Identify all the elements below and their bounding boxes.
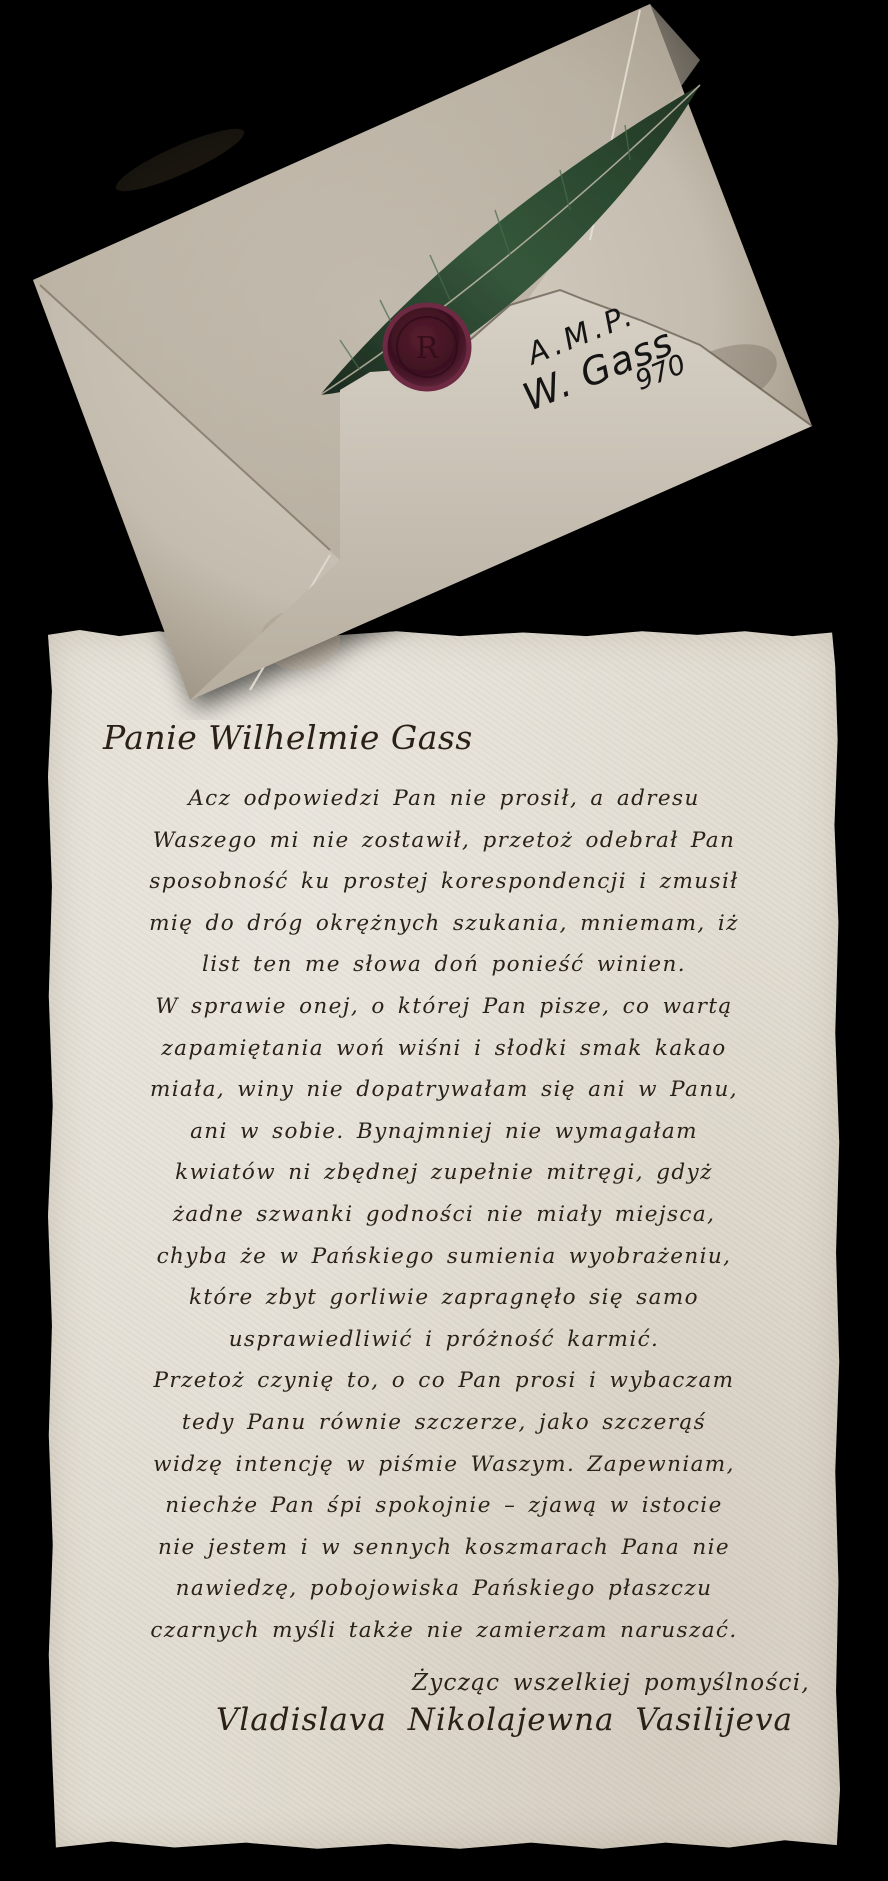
letter-line: Waszego mi nie zostawił, przetoż odebrał… [78,820,810,862]
letter-closing: Życząc wszelkiej pomyślności, [412,1670,810,1696]
envelope-illustration: R [0,0,888,720]
letter-line: mię do dróg okrężnych szukania, mniemam,… [78,903,810,945]
letter-line: nie jestem i w sennych koszmarach Pana n… [78,1527,810,1569]
letter-line: czarnych myśli także nie zamierzam narus… [78,1610,810,1652]
letter-signature: Vladislava Nikolajewna Vasilijeva [216,1702,793,1738]
letter-line: niechże Pan śpi spokojnie – zjawą w isto… [78,1485,810,1527]
letter-line: usprawiedliwić i próżność karmić. [78,1319,810,1361]
envelope: R A.M.P. W. Gass 970 [0,0,888,720]
letter-line: widzę intencję w piśmie Waszym. Zapewnia… [78,1444,810,1486]
letter-line: Przetoż czynię to, o co Pan prosi i wyba… [78,1360,810,1402]
svg-text:R: R [416,331,440,366]
letter-line: sposobność ku prostej korespondencji i z… [78,861,810,903]
letter-salutation: Panie Wilhelmie Gass [103,718,473,757]
letter-line: żadne szwanki godności nie miały miejsca… [78,1194,810,1236]
letter-line: tedy Panu równie szczerze, jako szczerąś [78,1402,810,1444]
letter-line: ani w sobie. Bynajmniej nie wymagałam [78,1111,810,1153]
letter-line: list ten me słowa doń ponieść winien. [78,944,810,986]
letter-body: Acz odpowiedzi Pan nie prosił, a adresu … [78,778,810,1651]
letter-line: które zbyt gorliwie zapragnęło się samo [78,1277,810,1319]
letter-line: zapamiętania woń wiśni i słodki smak kak… [78,1028,810,1070]
letter-line: nawiedzę, pobojowiska Pańskiego płaszczu [78,1568,810,1610]
letter-content: Panie Wilhelmie Gass Acz odpowiedzi Pan … [48,630,840,1850]
letter-line: miała, winy nie dopatrywałam się ani w P… [78,1069,810,1111]
letter-line: chyba że w Pańskiego sumienia wyobrażeni… [78,1236,810,1278]
letter-paper: Panie Wilhelmie Gass Acz odpowiedzi Pan … [48,630,840,1850]
letter-line: W sprawie onej, o której Pan pisze, co w… [78,986,810,1028]
letter-line: Acz odpowiedzi Pan nie prosił, a adresu [78,778,810,820]
letter-line: kwiatów ni zbędnej zupełnie mitręgi, gdy… [78,1152,810,1194]
wax-seal-icon: R [385,305,469,389]
